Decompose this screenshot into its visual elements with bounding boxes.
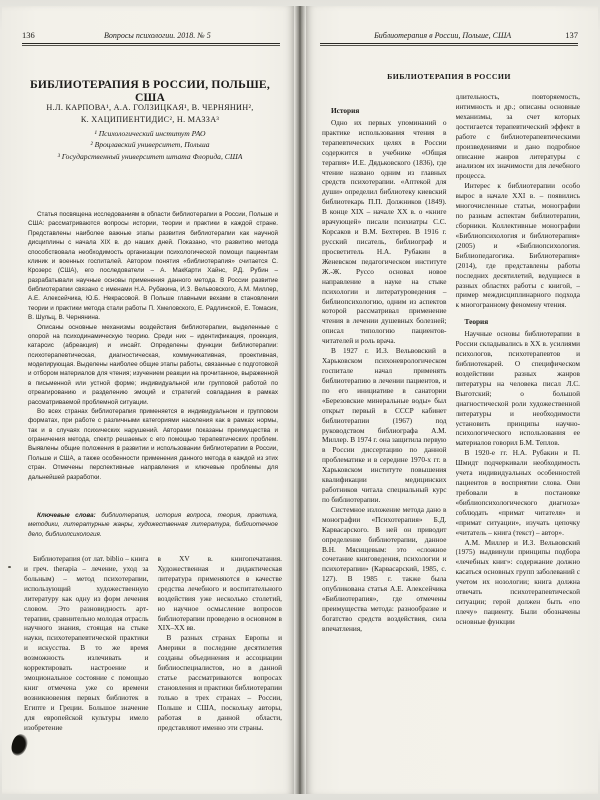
affiliation-1: ¹ Психологический институт РАО — [18, 128, 282, 139]
keywords-block: Ключевые слова: библиотерапия, история в… — [28, 511, 278, 539]
running-head-right: Библиотерапия в России, Польше, США 137 — [320, 30, 578, 40]
abstract-paragraph: Статья посвящена исследованиям в области… — [28, 210, 278, 323]
body-paragraph: длительность, повторяемость, интимность … — [456, 92, 581, 181]
header-rule-left — [22, 43, 280, 46]
body-paragraph: В 1927 г. И.З. Вельвовский в Харьковском… — [322, 346, 447, 505]
body-paragraph: В 1920-е гг. Н.А. Рубакин и П. Шмидт под… — [456, 448, 581, 537]
affiliation-3: ³ Государственный университет штата Флор… — [18, 151, 282, 162]
column-1: Библиотерапия (от лат. biblio – книга и … — [24, 554, 149, 772]
scan-speck — [8, 566, 11, 568]
body-paragraph: Интерес к библиотерапии особо вырос в на… — [456, 181, 581, 310]
body-paragraph: Библиотерапия (от лат. biblio – книга и … — [24, 554, 149, 733]
column-2: в XV в. книгопечатания. Художественная и… — [158, 554, 283, 772]
body-paragraph: В разных странах Европы и Америки в посл… — [158, 633, 283, 732]
running-head-left: 136 Вопросы психологии. 2018. № 5 — [22, 30, 280, 40]
body-columns-left-page: Библиотерапия (от лат. biblio – книга и … — [24, 554, 282, 772]
subheading-history: История — [322, 106, 447, 116]
header-rule-right — [320, 43, 578, 46]
journal-title: Вопросы психологии. 2018. № 5 — [35, 31, 280, 40]
column-2: длительность, повторяемость, интимность … — [456, 92, 581, 774]
page-gutter-fold — [294, 6, 306, 794]
subheading-theory: Теория — [456, 317, 581, 327]
column-1: История Одно их первых упоминаний о прак… — [322, 92, 447, 774]
abstract-paragraph: Во всех странах библиотерапия применяетс… — [28, 407, 278, 482]
running-article-title: Библиотерапия в России, Польше, США — [320, 31, 565, 40]
body-paragraph: А.М. Миллер и И.З. Вельвовский (1975) вы… — [456, 538, 581, 627]
journal-spread-scan: 136 Вопросы психологии. 2018. № 5 БИБЛИО… — [0, 0, 600, 800]
body-columns-right-page: История Одно их первых упоминаний о прак… — [322, 92, 580, 774]
section-heading: БИБЛИОТЕРАПИЯ В РОССИИ — [320, 72, 578, 81]
page-number-left: 136 — [22, 30, 35, 40]
keywords-label: Ключевые слова: — [37, 512, 96, 519]
body-paragraph: Одно их первых упоминаний о практике исп… — [322, 118, 447, 346]
body-paragraph: Научные основы библиотерапии в России ск… — [456, 329, 581, 448]
abstract-block: Статья посвящена исследованиям в области… — [28, 210, 278, 482]
affiliations: ¹ Психологический институт РАО ² Вроцлав… — [18, 128, 282, 162]
page-right: Библиотерапия в России, Польше, США 137 … — [306, 6, 598, 794]
page-left: 136 Вопросы психологии. 2018. № 5 БИБЛИО… — [2, 6, 294, 794]
body-paragraph: Системное изложение метода дано в моногр… — [322, 505, 447, 634]
authors-line: Н.Л. КАРПОВА¹, А.А. ГОЛЗИЦКАЯ¹, В. ЧЕРНЯ… — [18, 102, 282, 126]
body-paragraph: в XV в. книгопечатания. Художественная и… — [158, 554, 283, 633]
page-number-right: 137 — [565, 30, 578, 40]
affiliation-2: ² Вроцлавский университет, Польша — [18, 139, 282, 150]
abstract-paragraph: Описаны основные механизмы воздействия б… — [28, 323, 278, 407]
keywords-paragraph: Ключевые слова: библиотерапия, история в… — [28, 511, 278, 539]
article-title: БИБЛИОТЕРАПИЯ В РОССИИ, ПОЛЬШЕ, США — [18, 78, 282, 104]
